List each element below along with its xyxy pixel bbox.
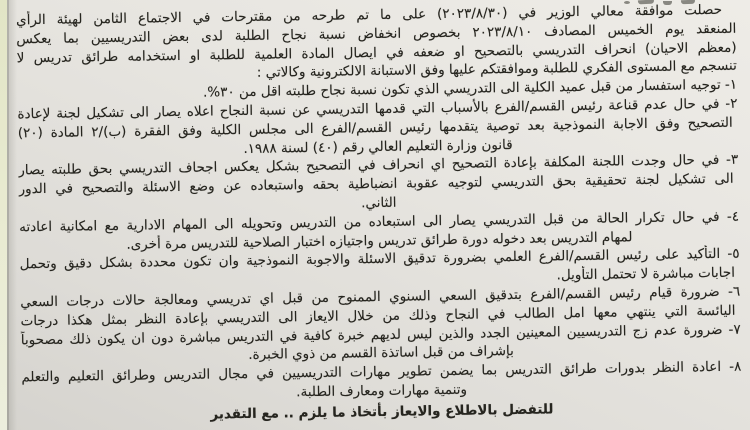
memo-body: حصلت موافقة معالي الوزير في (٢٠٢٣/٨/٣٠) …	[16, 1, 742, 427]
scanned-memo-page: حصلت موافقة معالي الوزير في (٢٠٢٣/٨/٣٠) …	[0, 0, 750, 430]
page-left-edge	[0, 0, 7, 430]
